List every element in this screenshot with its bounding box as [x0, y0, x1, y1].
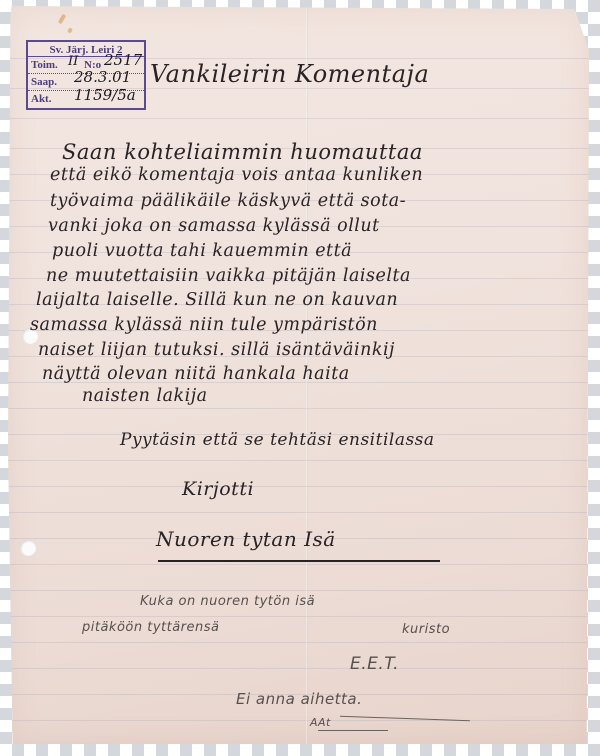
stamp-value: 28.3.01 [74, 69, 131, 86]
body-line: samassa kylässä niin tule ympäristön [30, 315, 378, 335]
stamp-label: Toim. [31, 59, 58, 71]
closing-line: Pyytäsin että se tehtäsi ensitilassa [120, 430, 435, 450]
pencil-initials: E.E.T. [350, 654, 399, 674]
stamp-value: 1159/5a [74, 87, 136, 104]
pencil-underline [318, 730, 388, 731]
pencil-annotation-line: Kuka on nuoren tytön isä [140, 594, 315, 609]
ruled-line [8, 512, 589, 513]
letter-title: Vankileirin Komentaja [150, 60, 429, 88]
body-line: vanki joka on samassa kylässä ollut [48, 216, 380, 236]
body-line: Saan kohteliaimmin huomauttaa [62, 140, 423, 164]
pencil-annotation-note: kuristo [402, 622, 450, 637]
stamp-label: Akt. [31, 93, 51, 105]
body-line: näyttä olevan niitä hankala haita [42, 364, 350, 384]
body-line: työvaima päälikäile käskyvä että sota- [50, 191, 406, 211]
ruled-line [8, 590, 589, 591]
ruled-line [8, 460, 589, 461]
pencil-annotation-line: pitäköön tyttärensä [82, 620, 220, 635]
registry-stamp: Sv. Järj. Leiri 2 Toim. II N:o 2517 Saap… [26, 40, 146, 110]
body-line: naisten lakija [82, 386, 208, 406]
ruled-line [8, 616, 589, 617]
signature-underline [158, 560, 440, 562]
signed-label: Kirjotti [182, 478, 254, 500]
stamp-label: Saap. [31, 76, 57, 88]
paper-stain [67, 27, 73, 33]
body-line: ne muutettaisiin vaikka pitäjän laiselta [46, 266, 411, 286]
ruled-line [8, 720, 589, 721]
body-line: naiset liijan tutuksi. sillä isäntäväink… [38, 340, 395, 360]
ruled-line [8, 668, 589, 669]
stamp-value: 2517 [104, 52, 142, 69]
ruled-line [8, 642, 589, 643]
body-line: että eikö komentaja vois antaa kunliken [50, 165, 423, 185]
ruled-line [8, 408, 589, 409]
ruled-line [8, 118, 589, 119]
paper-stain [58, 14, 66, 25]
punch-hole [20, 540, 36, 556]
ruled-line [8, 486, 589, 487]
body-line: puoli vuotta tahi kauemmin että [52, 241, 352, 261]
pencil-final-note: Ei anna aihetta. [236, 690, 362, 708]
signature: Nuoren tytan Isä [156, 527, 336, 551]
stamp-row-akt: Akt. 1159/5a [28, 91, 144, 108]
pencil-mark: AAt [310, 716, 331, 729]
ruled-line [8, 564, 589, 565]
body-line: laijalta laiselle. Sillä kun ne on kauva… [36, 290, 398, 310]
